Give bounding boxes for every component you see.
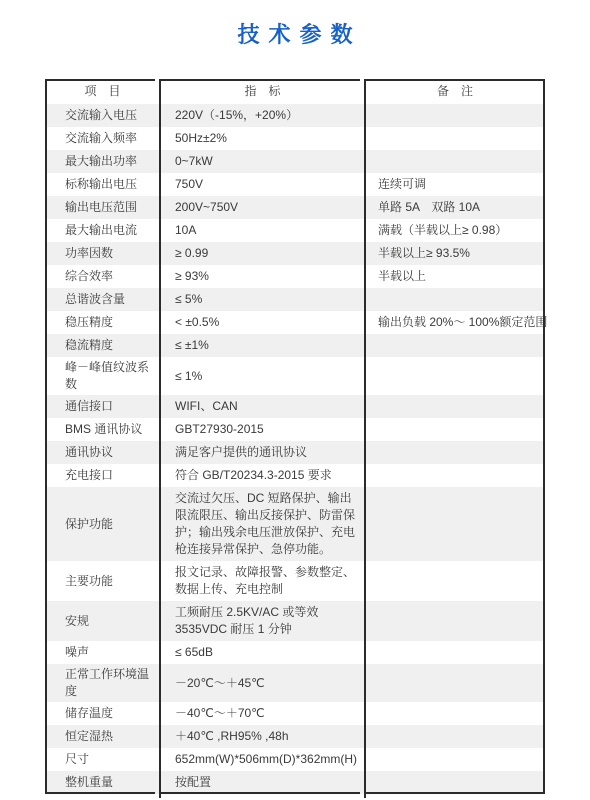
spec-row-item-label: 功率因数 (45, 242, 160, 265)
spec-row-value: < ±0.5% (160, 311, 365, 334)
spec-row-value: 10A (160, 219, 365, 242)
column-header-note: 备 注 (365, 79, 545, 104)
spec-row-note (365, 288, 545, 311)
table-column-divider-1 (159, 79, 161, 798)
spec-row-note (365, 357, 545, 395)
spec-row-item-label: 恒定湿热 (45, 725, 160, 748)
spec-row-item-label: 通信接口 (45, 395, 160, 418)
spec-row-value: ≤ ±1% (160, 334, 365, 357)
spec-row-value: WIFI、CAN (160, 395, 365, 418)
spec-row-note: 输出负载 20%～ 100%额定范围 (365, 311, 545, 334)
table-column-divider-2 (364, 79, 366, 798)
spec-row-value: 满足客户提供的通讯协议 (160, 441, 365, 464)
spec-row-note (365, 150, 545, 173)
spec-row-note (365, 664, 545, 702)
column-header-spec: 指 标 (160, 79, 365, 104)
table-bottom-border-col1 (45, 792, 155, 794)
table-top-border-col3 (364, 79, 545, 81)
spec-row-value: GBT27930-2015 (160, 418, 365, 441)
spec-row-value: 交流过欠压、DC 短路保护、输出限流限压、输出反接保护、防雷保护；输出残余电压泄… (160, 487, 365, 561)
spec-row-value: 工频耐压 2.5KV/AC 或等效 3535VDC 耐压 1 分钟 (160, 601, 365, 641)
spec-row-note (365, 601, 545, 641)
spec-row-value: 50Hz±2% (160, 127, 365, 150)
spec-row-note (365, 771, 545, 794)
spec-row-item-label: 输出电压范围 (45, 196, 160, 219)
table-top-border-col1 (45, 79, 155, 81)
spec-row-note (365, 127, 545, 150)
spec-row-value: ≤ 1% (160, 357, 365, 395)
spec-row-value: 200V~750V (160, 196, 365, 219)
page-title: 技术参数 (0, 18, 590, 49)
spec-row-item-label: 最大输出电流 (45, 219, 160, 242)
spec-row-value: ≥ 0.99 (160, 242, 365, 265)
spec-row-value: 0~7kW (160, 150, 365, 173)
spec-row-item-label: 噪声 (45, 641, 160, 664)
spec-row-note (365, 441, 545, 464)
spec-row-note (365, 418, 545, 441)
spec-row-item-label: 最大输出功率 (45, 150, 160, 173)
spec-row-note (365, 464, 545, 487)
table-top-border-col2 (159, 79, 360, 81)
spec-row-item-label: 综合效率 (45, 265, 160, 288)
spec-row-item-label: 保护功能 (45, 487, 160, 561)
spec-row-note (365, 641, 545, 664)
spec-row-value: ≤ 65dB (160, 641, 365, 664)
spec-row-note: 单路 5A 双路 10A (365, 196, 545, 219)
spec-row-value: －40℃～＋70℃ (160, 702, 365, 725)
spec-row-note: 半载以上 (365, 265, 545, 288)
table-bottom-border-col2 (159, 792, 360, 794)
spec-row-note: 连续可调 (365, 173, 545, 196)
table-bottom-border-col3 (364, 792, 545, 794)
spec-row-item-label: BMS 通讯协议 (45, 418, 160, 441)
spec-row-note (365, 702, 545, 725)
spec-row-value: ≤ 5% (160, 288, 365, 311)
table-right-border (543, 79, 545, 794)
spec-row-value: －20℃～＋45℃ (160, 664, 365, 702)
spec-row-item-label: 正常工作环境温度 (45, 664, 160, 702)
spec-row-value: 750V (160, 173, 365, 196)
spec-sheet-page: 技术参数 项 目 指 标 备 注 交流输入电压 220V（-15%，+20%） … (0, 0, 590, 800)
spec-row-item-label: 整机重量 (45, 771, 160, 794)
spec-row-item-label: 储存温度 (45, 702, 160, 725)
spec-row-item-label: 充电接口 (45, 464, 160, 487)
spec-row-value: 652mm(W)*506mm(D)*362mm(H) (160, 748, 365, 771)
spec-row-note: 半载以上≥ 93.5% (365, 242, 545, 265)
spec-row-note (365, 748, 545, 771)
spec-row-item-label: 总谐波含量 (45, 288, 160, 311)
table-left-border (45, 79, 47, 794)
spec-row-note (365, 487, 545, 561)
spec-row-value: 220V（-15%，+20%） (160, 104, 365, 127)
spec-row-item-label: 峰－峰值纹波系数 (45, 357, 160, 395)
spec-row-note (365, 561, 545, 601)
spec-row-item-label: 安规 (45, 601, 160, 641)
column-header-item: 项 目 (45, 79, 160, 104)
spec-row-item-label: 交流输入电压 (45, 104, 160, 127)
spec-row-note: 满载（半载以上≥ 0.98） (365, 219, 545, 242)
spec-row-value: ＋40℃ ,RH95% ,48h (160, 725, 365, 748)
spec-row-note (365, 104, 545, 127)
spec-table-grid: 项 目 指 标 备 注 交流输入电压 220V（-15%，+20%） 交流输入频… (45, 79, 545, 794)
spec-row-value: 报文记录、故障报警、参数整定、数据上传、充电控制 (160, 561, 365, 601)
spec-row-value: 符合 GB/T20234.3-2015 要求 (160, 464, 365, 487)
spec-row-note (365, 334, 545, 357)
spec-row-item-label: 尺寸 (45, 748, 160, 771)
spec-row-value: ≥ 93% (160, 265, 365, 288)
spec-row-item-label: 主要功能 (45, 561, 160, 601)
spec-row-item-label: 通讯协议 (45, 441, 160, 464)
spec-row-item-label: 交流输入频率 (45, 127, 160, 150)
spec-row-item-label: 标称输出电压 (45, 173, 160, 196)
spec-row-item-label: 稳压精度 (45, 311, 160, 334)
spec-row-value: 按配置 (160, 771, 365, 794)
spec-row-item-label: 稳流精度 (45, 334, 160, 357)
spec-table: 项 目 指 标 备 注 交流输入电压 220V（-15%，+20%） 交流输入频… (45, 79, 545, 794)
spec-row-note (365, 395, 545, 418)
spec-row-note (365, 725, 545, 748)
